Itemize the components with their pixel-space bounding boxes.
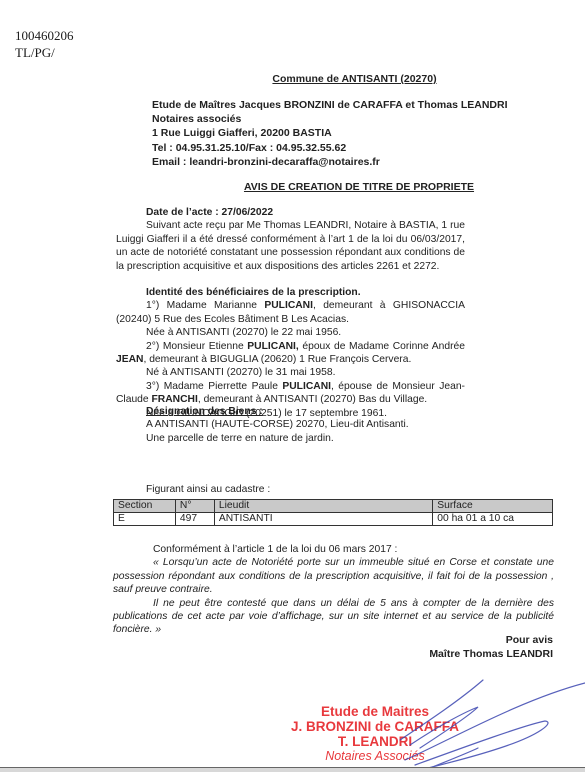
property-heading: Désignation des Biens : [116, 405, 465, 418]
cell-section: E [114, 513, 176, 526]
law-intro: Conformément à l’article 1 de la loi du … [113, 543, 554, 556]
beneficiary-2-birth: Né à ANTISANTI (20270) le 31 mai 1958. [116, 366, 465, 379]
law-quote-1: « Lorsqu’un acte de Notoriété porte sur … [113, 556, 554, 596]
reference-initials: TL/PG/ [15, 44, 74, 61]
beneficiaries-section: Identité des bénéficiaires de la prescri… [116, 286, 465, 420]
cell-lieudit: ANTISANTI [214, 513, 432, 526]
cadastre-intro: Figurant ainsi au cadastre : [146, 484, 270, 495]
signatory-name: Maître Thomas LEANDRI [429, 648, 553, 662]
beneficiary-3-spouse: FRANCHI [152, 394, 198, 405]
table-header-row: Section N° Lieudit Surface [114, 500, 553, 513]
header-number: N° [175, 500, 214, 513]
property-description: Une parcelle de terre en nature de jardi… [116, 432, 465, 445]
beneficiary-1-birth: Née à ANTISANTI (20270) le 22 mai 1956. [116, 326, 465, 339]
property-location: A ANTISANTI (HAUTE-CORSE) 20270, Lieu-di… [116, 418, 465, 431]
stamp-line-4: Notaires Associés [260, 749, 490, 764]
beneficiary-2: 2°) Monsieur Etienne PULICANI, époux de … [116, 340, 465, 367]
law-quote-2: Il ne peut être contesté que dans un dél… [113, 597, 554, 637]
beneficiary-2-surname: PULICANI, [247, 341, 299, 352]
notary-address: 1 Rue Luiggi Giafferi, 20200 BASTIA [152, 126, 508, 140]
pour-avis-label: Pour avis [429, 634, 553, 648]
stamp-line-2: J. BRONZINI de CARAFFA [260, 719, 490, 734]
signature-block: Pour avis Maître Thomas LEANDRI [429, 634, 553, 661]
table-row: E 497 ANTISANTI 00 ha 01 a 10 ca [114, 513, 553, 526]
law-section: Conformément à l’article 1 de la loi du … [113, 543, 554, 637]
header-surface: Surface [433, 500, 553, 513]
notary-phone-fax: Tel : 04.95.31.25.10/Fax : 04.95.32.55.6… [152, 141, 508, 155]
cell-surface: 00 ha 01 a 10 ca [433, 513, 553, 526]
page-edge-bar [0, 767, 585, 772]
reference-id: 100460206 [15, 27, 74, 44]
header-lieudit: Lieudit [214, 500, 432, 513]
notary-status: Notaires associés [152, 112, 508, 126]
acte-text: Suivant acte reçu par Me Thomas LEANDRI,… [116, 219, 465, 273]
beneficiary-3: 3°) Madame Pierrette Paule PULICANI, épo… [116, 380, 465, 407]
stamp-line-1: Etude de Maitres [260, 704, 490, 719]
notary-names: Etude de Maîtres Jacques BRONZINI de CAR… [152, 98, 508, 112]
stamp-line-3: T. LEANDRI [260, 734, 490, 749]
cadastre-table: Section N° Lieudit Surface E 497 ANTISAN… [113, 499, 553, 526]
beneficiary-2-spouse: JEAN [116, 354, 143, 365]
header-section: Section [114, 500, 176, 513]
property-section: Désignation des Biens : A ANTISANTI (HAU… [116, 405, 465, 445]
notary-office-header: Etude de Maîtres Jacques BRONZINI de CAR… [152, 98, 508, 169]
notary-stamp: Etude de Maitres J. BRONZINI de CARAFFA … [260, 704, 490, 764]
notary-email: Email : leandri-bronzini-decaraffa@notai… [152, 155, 508, 169]
commune-heading: Commune de ANTISANTI (20270) [0, 73, 585, 85]
beneficiaries-heading: Identité des bénéficiaires de la prescri… [116, 286, 465, 299]
beneficiary-1: 1°) Madame Marianne PULICANI, demeurant … [116, 299, 465, 326]
beneficiary-3-surname: PULICANI [282, 381, 331, 392]
reference-number: 100460206 TL/PG/ [15, 27, 74, 61]
cell-number: 497 [175, 513, 214, 526]
acte-section: Date de l’acte : 27/06/2022 Suivant acte… [116, 206, 465, 273]
document-title: AVIS DE CREATION DE TITRE DE PROPRIETE [0, 181, 585, 193]
acte-date: Date de l’acte : 27/06/2022 [116, 206, 465, 219]
beneficiary-1-surname: PULICANI [264, 300, 313, 311]
